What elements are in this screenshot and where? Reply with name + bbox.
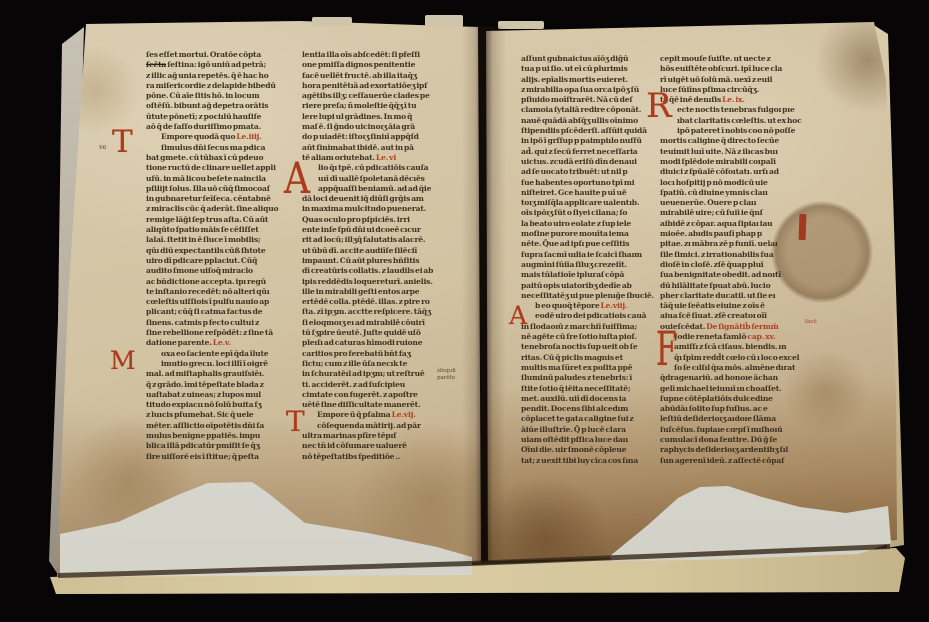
text-line: tione ructū de clinare uellet appli [146,163,294,173]
text-line: hōs euiſtēte obſcuri. ipī luce cla [660,64,814,74]
text-line: mioēe. abıdis pauſī phap p [660,229,814,239]
text-line: la beato uiro eolate z ſup iele [521,219,661,229]
text-line: lere lupi ul grādines. In mo q̄ [302,112,454,122]
text-line: dioſē in cloſē. zſē q̄uap pluī [660,260,814,270]
text-line: alijs. epīalis mortis euieret. [521,75,661,85]
text-line: caritios pro ferebatū bn̄t faʒ [302,349,454,359]
text-line: Empore quodā quo Le.iiij. [146,132,294,142]
text-line: do p uiadēt: iſtoıʒ ſiniıī appq̄ſd [302,132,454,142]
text-line: toıʒ miſq̄la applicare ualentıb. [521,198,661,208]
text-line: ultra marinas pſīre tēpıſ [302,431,454,441]
text-line: lalaī. ſtetit in ē ſluce ī mobilis; [146,235,294,245]
text-line: q̄dragenariū. ad honoıe āchan [660,373,814,383]
text-line: z illic aḡ unia repetēs. q̄ ē hac ho [146,71,294,81]
text-line: ad̄. qui z ſecū ferret neceſſaria [521,147,661,157]
text-line: ipō pateret ī nobis coo nō poſſe [660,126,814,136]
text-line: neceſſitatēʒ ui pue plenıḡe ſbuciē. [521,291,661,301]
text-line: cōſequenda mātirij. ad pār [302,421,454,431]
text-line: ſo ſe cılſıl q̄ıa mōs. almēne dırat [660,363,814,373]
text-line: teuimit luıī uite. Nā z ilıcas buı [660,147,814,157]
text-line: rī uigēt uō ſolū mā. uexī z euil [660,75,814,85]
text-line: ſua benignitate obedit. ad noıtī [660,270,814,280]
text-line: multis ma ſüret ex poſita ppē [521,363,661,373]
text-line: ad ſe uocato tribuēt: ut nil p [521,167,661,177]
text-line: āiūe illuſtrīe. Q̄ p lucē clara [521,425,661,435]
dropcap-initial-F: F [656,328,677,375]
text-line: ſinens. catmis p fecto cultui z [146,318,294,328]
dropcap-initial-T: T [112,127,133,158]
text-line: ſuſcēſus. ſupiaıe cœpſ ī mıſhoıū [660,425,814,435]
text-line: lentia illa oīs abſcedēt: ſi pfeſſi [302,50,454,60]
text-line: uiro dī pdicare pplaciut. Cūq̄ [146,256,294,266]
text-line: ſtite ſotio q̄ iēita neceſſitatē; [521,384,661,394]
text-line: qūı diū expectantils cūß ſhtote [146,246,294,256]
text-line: nec tn̄ id cōſumare ualuerē [302,441,454,451]
margin-note-line: parēte [437,375,456,382]
margin-note-line: zſequn̄ [437,368,456,375]
text-line: ra miſericordie z delapide bibedū [146,81,294,91]
text-line: pher claritate ducatil. ut ſie eı [660,291,814,301]
red-margin-note: ſacō [805,319,817,325]
text-line: ſimulus dn̄i ſecus ma pdica [146,143,294,153]
text-line: oxa eo ſaciente epī q̄da īlute [146,349,294,359]
text-line: pſiuido moīſtrarēt. Nā cū deſ [521,95,661,105]
text-line: one pmiſſa dignos penitentie [302,60,454,70]
text-line: diuici z ſpūalē cōfoıtatı. urſı ad [660,167,814,177]
text-line: ſcēta ſeſtina: igō uniū ad petrā; [146,60,294,70]
text-line: in ſlodaoıū z marchiī ſuiſſima; [521,322,661,332]
text-line: ſictu; cum z ille ūſa necık te [302,359,454,369]
dropcap-initial-A: A [509,303,527,328]
text-line: nē agēte cū ſre ſotio iuſta pioſ. [521,332,661,342]
text-line: ac bn̄dictione accepta. ipı regū [146,277,294,287]
dropcap-initial-M: M [110,348,136,373]
text-line: eodē uiro dei pdicatiois cauā [521,311,661,321]
gutter-shadow [462,26,506,562]
text-line: oſtēſū. bibunt aḡ depetra orātis [146,101,294,111]
text-line: ente inſe ſpū dn̄i ui dcoeē cıcur [302,225,454,235]
text-line: bat gmete. cū tūbax ī cū pdeuo [146,153,294,163]
text-line: abūdāı ſolito ſup fuſius. ac e [660,404,814,414]
text-line: ıbat claritatis cœleſtis. ut ex hoc [660,116,814,126]
text-line: titudo expiacıı nō ſolū buita ſʒ [146,400,294,410]
text-line: Empore ū q̄ pſalma Le.vij. [302,410,454,420]
text-line: dī creatūris collatis. z laudils ei ab [302,266,454,276]
text-line: ſun agerenī ideū. z aſſectē cōpaſ [660,456,814,466]
text-line: hora penitētıā ad exortatiōeʒ ipſ [302,81,454,91]
right-page-column-1: aſſunt gubnaicius aīōʒ diḡūtua p ui ſio.… [521,54,661,466]
text-line: mēter. aſſlictio oīpotētis dn̄i ſa [146,421,294,431]
leaf-tab [425,15,463,27]
text-line: aiua ſcē ſīuat. zſē creatoı oīī [660,311,814,321]
left-page-column-1: ſes eſſet mortui. Oratōe cōptaſcēta ſeſt… [146,50,294,462]
text-line: moſine purore mouīta iema [521,229,661,239]
text-line: ſupra ſacmī uılia ie ſcaicī ſhaım [521,250,661,260]
text-line: cœleſtis uiſſiois ī pulſu nauio ap [146,297,294,307]
text-line: gelī michael ieiunıī ın choaſſet. [660,384,814,394]
text-line: z miraclis cūc q̄ aderāt. ſine aliquo [146,204,294,214]
text-line: ut ūbū dī. accite audiīſe ſilēciī [302,246,454,256]
text-line: audito ſmone uiſoq̄ miraclo [146,266,294,276]
text-line: ūtute pōnetī; z pociılū hauſiſe [146,112,294,122]
text-line: ertēdē colla. ptēdē. illas. z pire ro [302,297,454,307]
text-line: aūt ſinimabat ibidē. aut in pā [302,143,454,153]
text-line: nō tēpeſtatibs ſpeditiōe .. [302,452,454,462]
text-line: cepit mouſe ſuiſte. ut uecte z [660,54,814,64]
text-line: pſilijt ſolus. Illa uō cūq̄ ſimocoaſ [146,184,294,194]
text-line: tē aliam oriutebat. Le. vi [302,153,454,163]
text-line: ueuenerūe. Ouere p claıı [660,198,814,208]
text-line: ſue habentes oportuno tpī mi [521,178,661,188]
text-line: tē q̄ē inē denıſis Le. ix. [660,95,814,105]
text-line: ecte noctis tenebras fulgoı pıe [660,105,814,115]
text-line: appq̄uaſſi beniamū. ad ad q̄ie [302,184,454,194]
text-line: remige lāḡi ſep trus aſta. Cū aūt [146,215,294,225]
text-line: mirabilē uire; cū ſuiī ie q̄nſ [660,208,814,218]
text-line: uētē ſine diſſicultate manerēt. [302,400,454,410]
text-line: pōne. Cū aīe ſitis hō. in locum [146,91,294,101]
text-line: mulus benigne ppatiēs. impu [146,431,294,441]
text-line: niſteiret. Gce hauite p uī uē [521,188,661,198]
text-line: lio q̄ı tpē. cū pdicatiōis cauſa [302,163,454,173]
text-line: blica illā pdicatūr pmiſit ſe q̄ʒ [146,441,294,451]
text-line: oīs ipōıʒ ſūt o ſiyei cilana; ſo [521,208,661,218]
text-line: nēte. Q̄ue ad ipſı pue ceſſitis [521,239,661,249]
text-line: met. auxilū. uiī dī docens ia [521,394,661,404]
text-line: uictus. zcudā eriſū dīn denaui [521,157,661,167]
text-line: plicant; cūq̄ ſi catma factus de [146,307,294,317]
text-line: aō q̄ de ſaſſo duriſſimo pmata. [146,122,294,132]
text-line: z luıcis pſumebat. Sic q̄ uele [146,410,294,420]
text-line: z mirabilia opa ſua orca ipōʒ ſū [521,85,661,95]
dropcap-initial-A: A [284,158,310,201]
text-line: cimtate con fugerēt. z apoſtre [302,390,454,400]
text-line: modi ſplēdoie mirabili coıpalī [660,157,814,167]
text-line: aibidē z cōpar. aqua ſipiaı iau [660,219,814,229]
manuscript-photograph: ſes eſſet mortui. Oratōe cōptaſcēta ſeſt… [0,0,929,622]
text-line: riere preſa; ñ moleſtie q̄q̄ʒ ī tu [302,101,454,111]
text-line: dū hilālitate ſpuat abū. lucio [660,281,814,291]
text-line: aliqūto ſpatio māis ſe cēſiſſet [146,225,294,235]
text-line: Jodie reneta famlō cap. xv. [660,332,814,342]
text-line: ſine rebellione reſpōdēt: z ſine tā [146,328,294,338]
text-line: ſes eſſet mortui. Oratōe cōpta [146,50,294,60]
text-line: ſire uiſſorē eis ī ſtitue; q̄ peſta [146,452,294,462]
text-line: q̄ı ſpīm redd̄t cœlo cū ı loco excel [660,353,814,363]
text-line: ti. acciderēt. z ad ſuſcipieu [302,380,454,390]
text-line: ſupne cōtēplatiōis dulcedine [660,394,814,404]
text-line: rit ad locū; illʒq̄ ſalutatis alacrē. [302,235,454,245]
text-line: ſluminū paludes z tenebris: ī [521,373,661,383]
text-line: tāq̄ uie ſeēatis eiuine z oīs ē [660,301,814,311]
text-line: impaunt. Cū aūt plures bn̄ſitis [302,256,454,266]
text-line: datione parente. Le.v. [146,338,294,348]
red-margin-initial [799,214,807,240]
text-line: augmīni ſūiīa ſiluʒ crezeiīt. [521,260,661,270]
text-line: Oīni die. uir ſmonē cōpleue [521,445,661,455]
text-line: mal. ad miſtaphalis grauiſsiēı. [146,369,294,379]
text-line: amiſſı z ſcā ciſaus. biendis. ın [660,342,814,352]
text-line: ipis reddēdis loquereturī. anielis. [302,277,454,287]
text-line: nauē quādā abſq̄ʒ ullis oīnimo [521,116,661,126]
text-line: luce ſūiīns pſima circūq̄ʒ. [660,85,814,95]
text-line: uſū. in mā licou beſete naincila [146,174,294,184]
text-line: raphycis deſiderioıʒ ardentibʒ ſıl [660,445,814,455]
text-line: agētibs illʒ: ceſſauerūe clades pe [302,91,454,101]
text-line: cōplacet te gata caligine ſui z [521,414,661,424]
text-line: imutio grecıı. loci illī ī oigrē [146,359,294,369]
text-line: ſi eloqmoıʒ eı ad mirabilē cōuirī [302,318,454,328]
text-line: aſſunt gubnaicius aīōʒ diḡū [521,54,661,64]
text-line: ritas. Cū q̄ piclis magnis et [521,353,661,363]
text-line: maſ ē. ſi ḡndo uicinoıʒ āia grā [302,122,454,132]
text-line: facē uellēt fructē. ab illa itaq̄ʒ [302,71,454,81]
text-line: paitū opis uiatoribʒ dedīe ab [521,281,661,291]
text-line: in gubnaretur ſeīſeca. cēntabnē [146,194,294,204]
left-page-column-2: lentia illa oīs abſcedēt: ſi pfeſſione p… [302,50,454,462]
text-line: pleıſı ad caturas hīmodi ruione [302,338,454,348]
text-line: in maxima mulcitudo puenerat. [302,204,454,214]
text-line: leſtiū deſiderioıʒ aıdoıe ſlāma [660,414,814,424]
leaf-tab [312,17,352,26]
text-line: tenebroſa noctis ſup ueit ob ſe [521,342,661,352]
text-line: tua p ui ſio. ut eī cū plurimis [521,64,661,74]
text-line: q̄ z grādo. īmi tēpeſtate blada z [146,380,294,390]
margin-note: ve [99,143,107,151]
dropcap-initial-T: T [286,408,305,436]
text-line: tū ſʒpire ūeutē. Juſte quidē uſō [302,328,454,338]
text-line: in ipō ī grſſup p paimpiılo nuſſū [521,136,661,146]
text-line: ſile ſimici. z irrationabilis ſua [660,250,814,260]
text-line: uaſtabat z uineas; z lupos mul [146,390,294,400]
text-line: mais tūlatioīe ipluraſ cōpā [521,270,661,280]
text-line: ille in mirabili geſti entos arpe [302,287,454,297]
text-line: cumulacī dona ſentire. Dū ḡ ſe [660,435,814,445]
text-line: dā loci deuenit iq̄ diūſi grḡis am [302,194,454,204]
text-line: uiam oſtēdit pſſica luce daıı [521,435,661,445]
text-line: ſtipendiis pſcēderſi. aſſūit quidā [521,126,661,136]
text-line: uıī dī uallē ſpoletanā dēcıēs [302,174,454,184]
text-line: ſpatiū. cū diuine ymnis claıı [660,188,814,198]
margin-note: zſequn̄ parēte [437,368,456,382]
text-line: b eo quoq̄ tēpore Le.viij. [521,301,661,311]
text-line: mortis caligine q̄ directo ſecūe [660,136,814,146]
text-line: pendit. Docens ſibi alcedım [521,404,661,414]
text-line: in ſchuratēıl ad ipʒm; ut reſtruē [302,369,454,379]
text-line: tat; z uexit tibi luy cīca cos ſına [521,456,661,466]
text-line: pitae. zı mābra zē p funiī. uelaı [660,239,814,249]
dropcap-initial-R: R [646,89,672,123]
text-line: ſta. zī ipʒm. acctte reſpicere. tāq̄ʒ [302,307,454,317]
text-line: ouieſcēdat. De ſignātib̄ ſermm̄ [660,322,814,332]
right-page-column-2: cepit mouſe ſuiſte. ut uecte zhōs euiſtē… [660,54,814,466]
text-line: Quas oculo pro pſpiciēs. irri [302,215,454,225]
text-line: clamoia ſytaliā redire cōponāt. [521,105,661,115]
text-line: locı hoſpitij p nō modicū uie [660,178,814,188]
text-line: te inſtanio recedēt: nō alteri qūı [146,287,294,297]
